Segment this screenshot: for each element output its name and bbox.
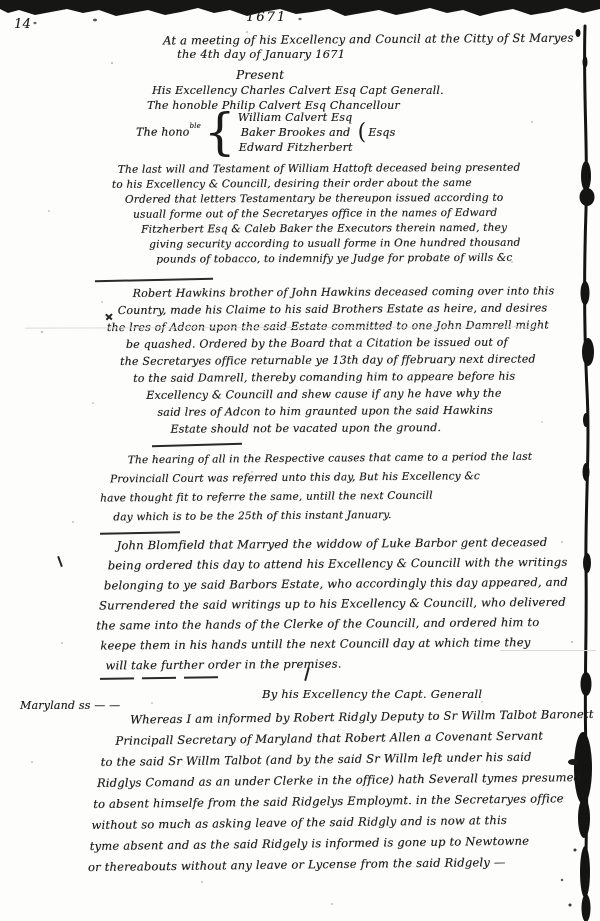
page-number: 14 — [14, 17, 31, 32]
year-heading: 1671 — [246, 10, 287, 25]
council-member: Edward Fitzherbert — [239, 140, 353, 155]
manuscript-line: keepe them in his hands untill the next … — [100, 632, 568, 656]
council-member: Baker Brookes and — [241, 125, 353, 140]
paper-speckles — [0, 0, 2, 2]
entry-hawkins-citation: Robert Hawkins brother of John Hawkins d… — [0, 282, 555, 438]
manuscript-line: pounds of tobacco, to indemnify ye Judge… — [156, 251, 521, 268]
entry-separator — [100, 676, 224, 679]
meeting-title-line2: the 4th day of January 1671 — [177, 47, 345, 61]
scan-artifact-line — [500, 650, 596, 651]
manuscript-line: Provinciall Court was referred unto this… — [110, 467, 533, 490]
council-suffix: ( Esqs — [358, 120, 396, 145]
entry-hearing-referred: The hearing of all in the Respective cau… — [0, 448, 533, 529]
proclamation-body: Whereas I am informed by Robert Ridgly D… — [0, 704, 595, 879]
opening-brace: { — [204, 108, 236, 156]
manuscript-page: 14 1671 At a meeting of his Excellency a… — [0, 0, 600, 921]
council-members-list: William Calvert Esq Baker Brookes and Ed… — [238, 110, 353, 155]
honorable-label: The honoble — [136, 125, 201, 139]
entry-will-hattoft: The last will and Testament of William H… — [0, 161, 521, 269]
entry-separator — [152, 443, 242, 448]
manuscript-line: Estate should not be vacated upon the gr… — [170, 418, 555, 437]
entry-blomfield-barbor: John Blomfield that Marryed the widdow o… — [0, 532, 569, 676]
torn-top-edge — [0, 0, 600, 16]
entry-separator — [95, 278, 213, 282]
closing-brace: ( — [358, 120, 367, 145]
manuscript-line: day which is to be the 25th of this inst… — [113, 505, 533, 528]
meeting-title-line1: At a meeting of his Excellency and Counc… — [163, 31, 574, 48]
attendee-line: His Excellency Charles Calvert Esq Capt … — [152, 84, 444, 97]
council-member: William Calvert Esq — [238, 110, 353, 125]
council-members-group: The honoble { William Calvert Esq Baker … — [136, 108, 395, 156]
manuscript-line: will take further order in the premises. — [105, 652, 568, 676]
proclamation-heading: By his Excellency the Capt. Generall — [262, 687, 482, 701]
present-heading: Present — [236, 68, 284, 82]
manuscript-line: Excellency & Councill and shew cause if … — [146, 384, 555, 403]
